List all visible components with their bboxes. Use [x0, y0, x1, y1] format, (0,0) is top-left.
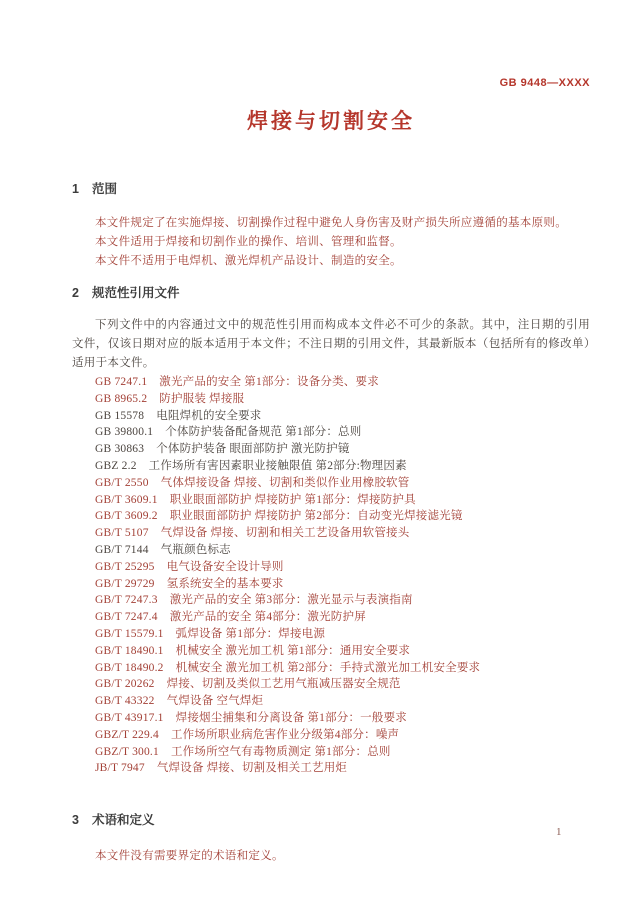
section-number: 2	[72, 286, 79, 300]
reference-code: GB/T 7247.4	[95, 609, 158, 626]
reference-item: GBZ/T 300.1工作场所空气有毒物质测定 第1部分：总则	[72, 744, 590, 761]
reference-code: GB/T 18490.2	[95, 660, 164, 677]
reference-title: 气焊设备 焊接、切割及相关工艺用炬	[157, 762, 347, 774]
scope-paragraph: 本文件适用于焊接和切割作业的操作、培训、管理和监督。	[72, 233, 590, 252]
reference-code: GB/T 2550	[95, 475, 149, 492]
page-content: GB 9448—XXXX 焊接与切割安全 1范围 本文件规定了在实施焊接、切割操…	[0, 0, 639, 866]
section-number: 1	[72, 182, 79, 196]
reference-item: GB/T 5107气焊设备 焊接、切割和相关工艺设备用软管接头	[72, 525, 590, 542]
reference-item: GB/T 18490.1机械安全 激光加工机 第1部分：通用安全要求	[72, 643, 590, 660]
references-intro: 下列文件中的内容通过文中的规范性引用而构成本文件必不可少的条款。其中，注日期的引…	[72, 316, 590, 373]
references-list: GB 7247.1激光产品的安全 第1部分：设备分类、要求 GB 8965.2防…	[72, 374, 590, 777]
section-label: 范围	[92, 182, 117, 196]
scope-paragraph: 本文件不适用于电焊机、激光焊机产品设计、制造的安全。	[72, 252, 590, 271]
reference-title: 激光产品的安全 第3部分：激光显示与表演指南	[170, 594, 413, 606]
reference-title: 气瓶颜色标志	[161, 544, 231, 556]
reference-code: GB/T 3609.2	[95, 508, 158, 525]
reference-title: 电气设备安全设计导则	[167, 561, 284, 573]
reference-title: 激光产品的安全 第4部分：激光防护屏	[170, 611, 366, 623]
section-label: 术语和定义	[92, 813, 155, 827]
reference-code: GB 30863	[95, 441, 144, 458]
terms-body: 本文件没有需要界定的术语和定义。	[72, 847, 590, 866]
reference-code: GB/T 43322	[95, 693, 155, 710]
reference-title: 个体防护装备 眼面部防护 激光防护镜	[156, 443, 349, 455]
terms-paragraph: 本文件没有需要界定的术语和定义。	[72, 847, 590, 866]
section-scope-heading: 1范围	[72, 182, 590, 196]
reference-code: GB/T 29729	[95, 576, 155, 593]
reference-title: 气焊设备 焊接、切割和相关工艺设备用软管接头	[161, 527, 410, 539]
reference-item: JB/T 7947气焊设备 焊接、切割及相关工艺用炬	[72, 760, 590, 777]
reference-item: GB/T 43322气焊设备 空气焊炬	[72, 693, 590, 710]
reference-item: GB/T 20262焊接、切割及类似工艺用气瓶减压器安全规范	[72, 676, 590, 693]
reference-item: GB/T 7247.4激光产品的安全 第4部分：激光防护屏	[72, 609, 590, 626]
reference-item: GB/T 25295电气设备安全设计导则	[72, 559, 590, 576]
document-code: GB 9448—XXXX	[72, 0, 590, 89]
reference-item: GB/T 7144气瓶颜色标志	[72, 542, 590, 559]
reference-code: GBZ 2.2	[95, 458, 137, 475]
reference-title: 焊接、切割及类似工艺用气瓶减压器安全规范	[167, 678, 401, 690]
reference-title: 防护服装 焊接服	[159, 393, 244, 405]
reference-code: JB/T 7947	[95, 760, 145, 777]
scope-paragraph: 本文件规定了在实施焊接、切割操作过程中避免人身伤害及财产损失所应遵循的基本原则。	[72, 214, 590, 233]
reference-code: GB/T 18490.1	[95, 643, 164, 660]
reference-title: 气体焊接设备 焊接、切割和类似作业用橡胶软管	[161, 477, 410, 489]
reference-code: GB/T 7144	[95, 542, 149, 559]
reference-item: GB/T 18490.2机械安全 激光加工机 第2部分：手持式激光加工机安全要求	[72, 660, 590, 677]
reference-title: 工作场所职业病危害作业分级第4部分：噪声	[171, 729, 399, 741]
reference-item: GB/T 2550气体焊接设备 焊接、切割和类似作业用橡胶软管	[72, 475, 590, 492]
section-terms-heading: 3术语和定义	[72, 813, 590, 827]
reference-title: 焊接烟尘捕集和分离设备 第1部分：一般要求	[176, 712, 407, 724]
reference-code: GB/T 7247.3	[95, 592, 158, 609]
scope-body: 本文件规定了在实施焊接、切割操作过程中避免人身伤害及财产损失所应遵循的基本原则。…	[72, 214, 590, 271]
reference-item: GB 8965.2防护服装 焊接服	[72, 391, 590, 408]
reference-code: GB/T 15579.1	[95, 626, 164, 643]
reference-item: GB 30863个体防护装备 眼面部防护 激光防护镜	[72, 441, 590, 458]
reference-code: GB/T 43917.1	[95, 710, 164, 727]
reference-item: GBZ/T 229.4工作场所职业病危害作业分级第4部分：噪声	[72, 727, 590, 744]
reference-code: GB/T 5107	[95, 525, 149, 542]
reference-code: GB/T 3609.1	[95, 492, 158, 509]
section-references-heading: 2规范性引用文件	[72, 286, 590, 300]
reference-title: 个体防护装备配备规范 第1部分：总则	[165, 426, 361, 438]
reference-title: 职业眼面部防护 焊接防护 第2部分：自动变光焊接滤光镜	[170, 510, 463, 522]
reference-item: GB/T 3609.2职业眼面部防护 焊接防护 第2部分：自动变光焊接滤光镜	[72, 508, 590, 525]
page-number: 1	[556, 826, 562, 838]
reference-title: 激光产品的安全 第1部分：设备分类、要求	[159, 376, 379, 388]
section-label: 规范性引用文件	[92, 286, 180, 300]
page-title: 焊接与切割安全	[72, 105, 590, 135]
reference-item: GB/T 29729氢系统安全的基本要求	[72, 576, 590, 593]
reference-title: 气焊设备 空气焊炬	[167, 695, 264, 707]
reference-item: GBZ 2.2工作场所有害因素职业接触限值 第2部分:物理因素	[72, 458, 590, 475]
reference-item: GB 39800.1个体防护装备配备规范 第1部分：总则	[72, 424, 590, 441]
reference-title: 机械安全 激光加工机 第1部分：通用安全要求	[176, 645, 410, 657]
section-number: 3	[72, 813, 79, 827]
reference-item: GB/T 7247.3激光产品的安全 第3部分：激光显示与表演指南	[72, 592, 590, 609]
reference-code: GB 15578	[95, 408, 144, 425]
reference-code: GBZ/T 229.4	[95, 727, 159, 744]
reference-item: GB 15578电阻焊机的安全要求	[72, 408, 590, 425]
reference-item: GB/T 15579.1弧焊设备 第1部分：焊接电源	[72, 626, 590, 643]
reference-item: GB 7247.1激光产品的安全 第1部分：设备分类、要求	[72, 374, 590, 391]
reference-code: GB 39800.1	[95, 424, 153, 441]
reference-item: GB/T 3609.1职业眼面部防护 焊接防护 第1部分：焊接防护具	[72, 492, 590, 509]
reference-code: GB 8965.2	[95, 391, 147, 408]
reference-title: 弧焊设备 第1部分：焊接电源	[176, 628, 325, 640]
reference-code: GB/T 20262	[95, 676, 155, 693]
reference-code: GBZ/T 300.1	[95, 744, 159, 761]
reference-code: GB 7247.1	[95, 374, 147, 391]
reference-title: 氢系统安全的基本要求	[167, 578, 284, 590]
reference-title: 电阻焊机的安全要求	[156, 410, 261, 422]
reference-title: 职业眼面部防护 焊接防护 第1部分：焊接防护具	[170, 494, 416, 506]
document-page: GB 9448—XXXX 焊接与切割安全 1范围 本文件规定了在实施焊接、切割操…	[0, 0, 639, 903]
reference-title: 工作场所空气有毒物质测定 第1部分：总则	[171, 746, 391, 758]
reference-title: 工作场所有害因素职业接触限值 第2部分:物理因素	[149, 460, 407, 472]
reference-title: 机械安全 激光加工机 第2部分：手持式激光加工机安全要求	[176, 662, 481, 674]
reference-item: GB/T 43917.1焊接烟尘捕集和分离设备 第1部分：一般要求	[72, 710, 590, 727]
reference-code: GB/T 25295	[95, 559, 155, 576]
